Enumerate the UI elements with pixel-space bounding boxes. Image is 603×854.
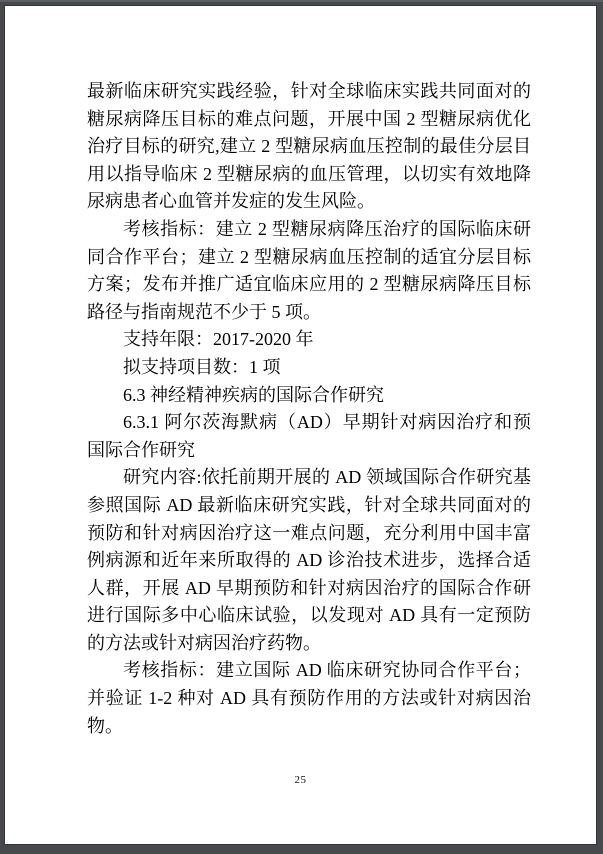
text-line: 物。 <box>87 713 531 741</box>
text-line: 进行国际多中心临床试验，以发现对 AD 具有一定预防作用 <box>87 602 531 630</box>
text-line: 最新临床研究实践经验，针对全球临床实践共同面对的 2 型 <box>87 78 531 106</box>
text-line: 例病源和近年来所取得的 AD 诊治技术进步，选择合适研究 <box>87 547 531 575</box>
text-line: 考核指标：建立国际 AD 临床研究协同合作平台；发现 <box>87 657 531 685</box>
text-line: 考核指标：建立 2 型糖尿病降压治疗的国际临床研究协 <box>87 216 531 244</box>
section-heading-6-3-1: 6.3.1 阿尔茨海默病（AD）早期针对病因治疗和预防的 <box>87 409 531 437</box>
text-line: 路径与指南规范不少于 5 项。 <box>87 299 531 327</box>
text-line: 糖尿病降压目标的难点问题，开展中国 2 型糖尿病优化降压 <box>87 106 531 134</box>
text-line: 研究内容:依托前期开展的 AD 领域国际合作研究基础， <box>87 464 531 492</box>
text-line: 用以指导临床 2 型糖尿病的血压管理，以切实有效地降低糖 <box>87 161 531 189</box>
text-line-support-years: 支持年限：2017-2020 年 <box>87 326 531 354</box>
document-body-text: 最新临床研究实践经验，针对全球临床实践共同面对的 2 型 糖尿病降压目标的难点问… <box>87 78 531 740</box>
text-line: 预防和针对病因治疗这一难点问题，充分利用中国丰富的病 <box>87 520 531 548</box>
page-number: 25 <box>5 774 596 786</box>
text-line: 参照国际 AD 最新临床研究实践，针对全球共同面对的 AD <box>87 492 531 520</box>
section-heading-6-3: 6.3 神经精神疾病的国际合作研究 <box>87 382 531 410</box>
text-line: 人群，开展 AD 早期预防和针对病因治疗的国际合作研究， <box>87 575 531 603</box>
text-line: 并验证 1-2 种对 AD 具有预防作用的方法或针对病因治疗药 <box>87 685 531 713</box>
section-heading-6-3-1-cont: 国际合作研究 <box>87 437 531 465</box>
text-line: 治疗目标的研究,建立 2 型糖尿病血压控制的最佳分层目标， <box>87 133 531 161</box>
text-line: 尿病患者心血管并发症的发生风险。 <box>87 188 531 216</box>
text-line: 方案；发布并推广适宜临床应用的 2 型糖尿病降压目标管理 <box>87 271 531 299</box>
text-line: 的方法或针对病因治疗药物。 <box>87 630 531 658</box>
text-line-project-count: 拟支持项目数：1 项 <box>87 354 531 382</box>
document-page: 最新临床研究实践经验，针对全球临床实践共同面对的 2 型 糖尿病降压目标的难点问… <box>4 5 597 845</box>
text-line: 同合作平台；建立 2 型糖尿病血压控制的适宜分层目标管理 <box>87 244 531 272</box>
